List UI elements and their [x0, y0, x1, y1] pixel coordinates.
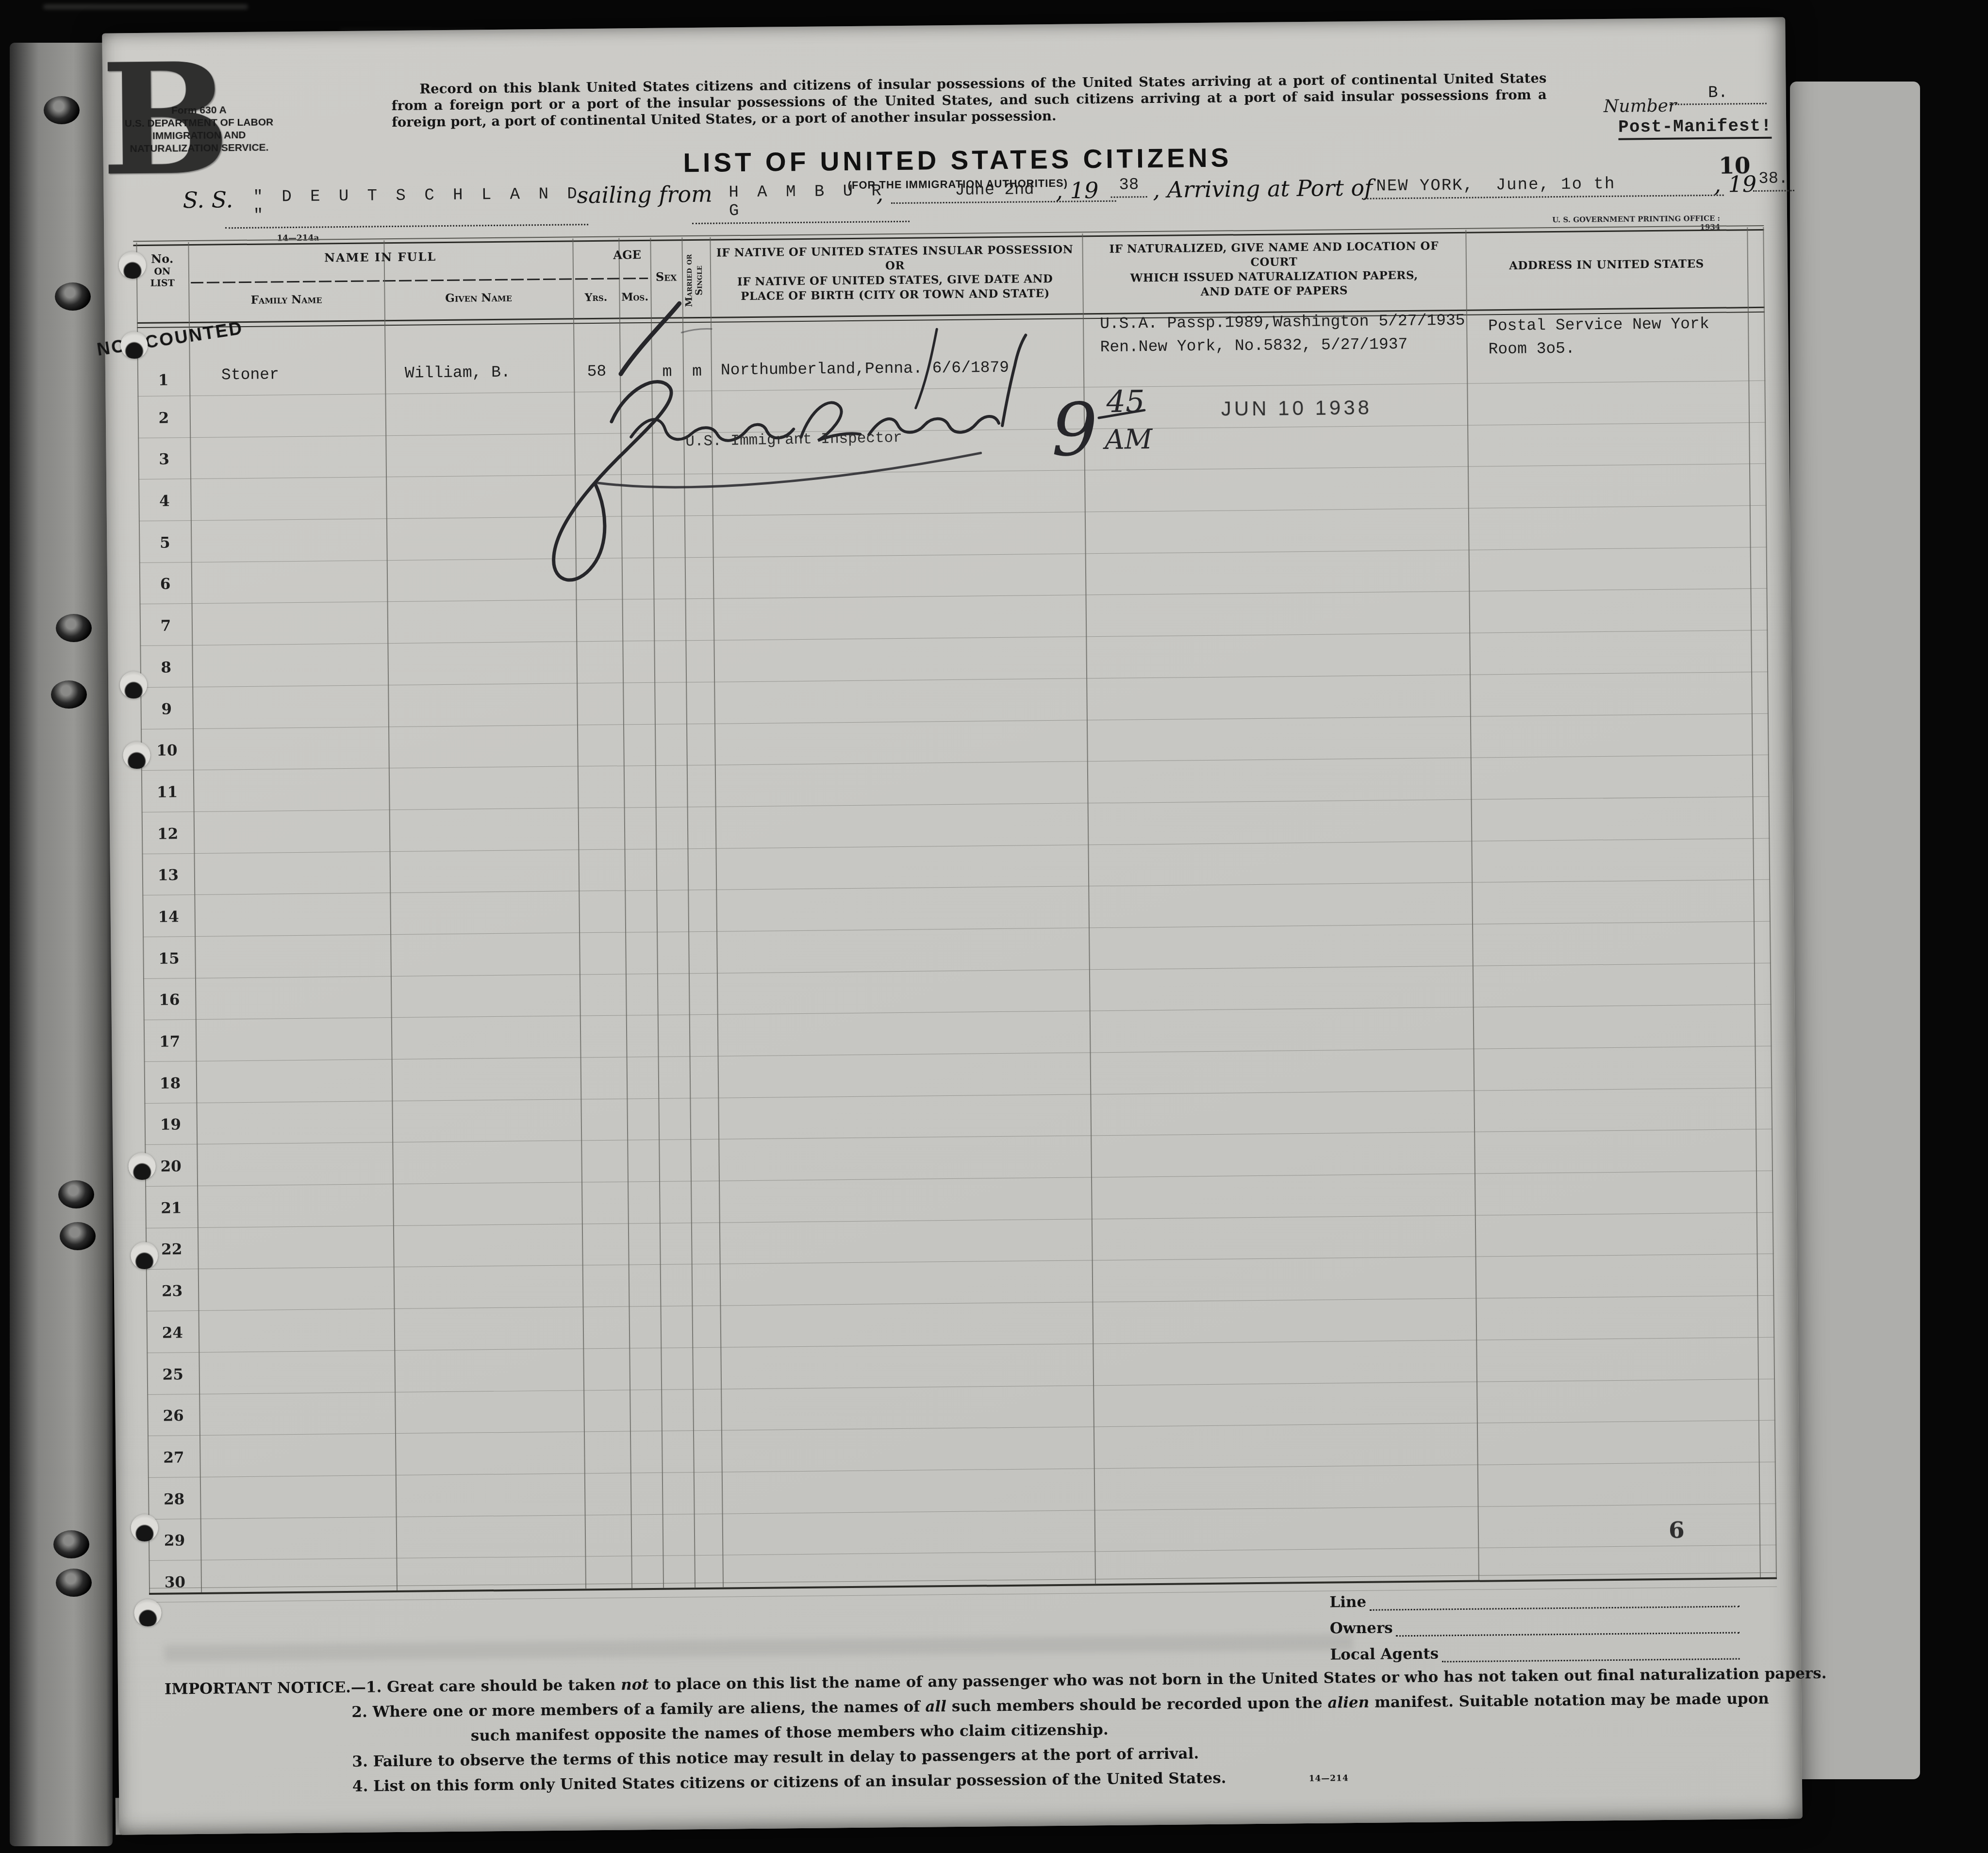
dotted-rule [1369, 1589, 1739, 1611]
notice-text: 4. List on this form only United States … [352, 1770, 1226, 1795]
important-notice: IMPORTANT NOTICE.—1. Great care should b… [165, 1662, 1772, 1803]
page-number-stamp: 6 [1669, 1517, 1685, 1544]
punch-hole [128, 1153, 156, 1180]
notice-text: such members should be recorded upon the [946, 1694, 1328, 1716]
scanned-manifest-page: B Form 630 A U.S. DEPARTMENT OF LABOR IM… [0, 0, 1988, 1853]
binder-hole [60, 1222, 96, 1250]
punch-hole [119, 251, 147, 279]
punch-hole [134, 1599, 162, 1627]
scanner-streak [44, 5, 248, 9]
notice-text: 2. Where one or more members of a family… [351, 1698, 925, 1721]
notice-text: not [621, 1676, 649, 1694]
signature-upstroke [1001, 335, 1027, 425]
notice-text: 3. Failure to observe the terms of this … [352, 1745, 1199, 1770]
notice-text: all [925, 1698, 946, 1715]
punch-hole [120, 671, 148, 699]
notice-text: manifest. Suitable notation may be made … [1369, 1690, 1769, 1711]
handwritten-time: 9 45 AM [1051, 383, 1153, 473]
notice-text: such manifest opposite the names of thos… [471, 1721, 1109, 1745]
date-received-stamp: JUN 10 1938 [1221, 396, 1373, 421]
binder-hole [53, 1530, 89, 1558]
punch-hole [131, 1242, 158, 1270]
signature-initial [552, 381, 673, 580]
notice-text: alien [1327, 1694, 1369, 1712]
line-label: Line [1329, 1593, 1366, 1611]
binder-hole [56, 614, 92, 642]
time-meridiem: AM [1102, 424, 1153, 456]
time-hour: 9 [1051, 388, 1098, 473]
age-slash-mark [620, 303, 680, 374]
binder-hole [56, 1569, 92, 1597]
handwriting-overlay: 9 45 AM [102, 17, 1802, 1835]
dotted-rule [1441, 1641, 1740, 1662]
dotted-rule [1395, 1615, 1739, 1637]
time-minutes: 45 [1106, 383, 1145, 419]
punch-hole [131, 1514, 159, 1542]
punch-hole [120, 331, 148, 359]
binder-hole [55, 282, 91, 311]
binder-hole [44, 96, 80, 124]
punch-hole [123, 742, 150, 769]
pen-tick [681, 329, 712, 332]
manifest-form: B Form 630 A U.S. DEPARTMENT OF LABOR IM… [102, 17, 1802, 1835]
signature-underline [597, 453, 981, 488]
back-sheet-edge [1790, 82, 1920, 1779]
notice-text: IMPORTANT NOTICE.—1. Great care should b… [165, 1676, 621, 1698]
binder-hole [58, 1180, 94, 1208]
birth-slash-mark [915, 329, 938, 408]
form-reference: 14—214 [1309, 1773, 1348, 1784]
binder-hole [51, 680, 87, 709]
